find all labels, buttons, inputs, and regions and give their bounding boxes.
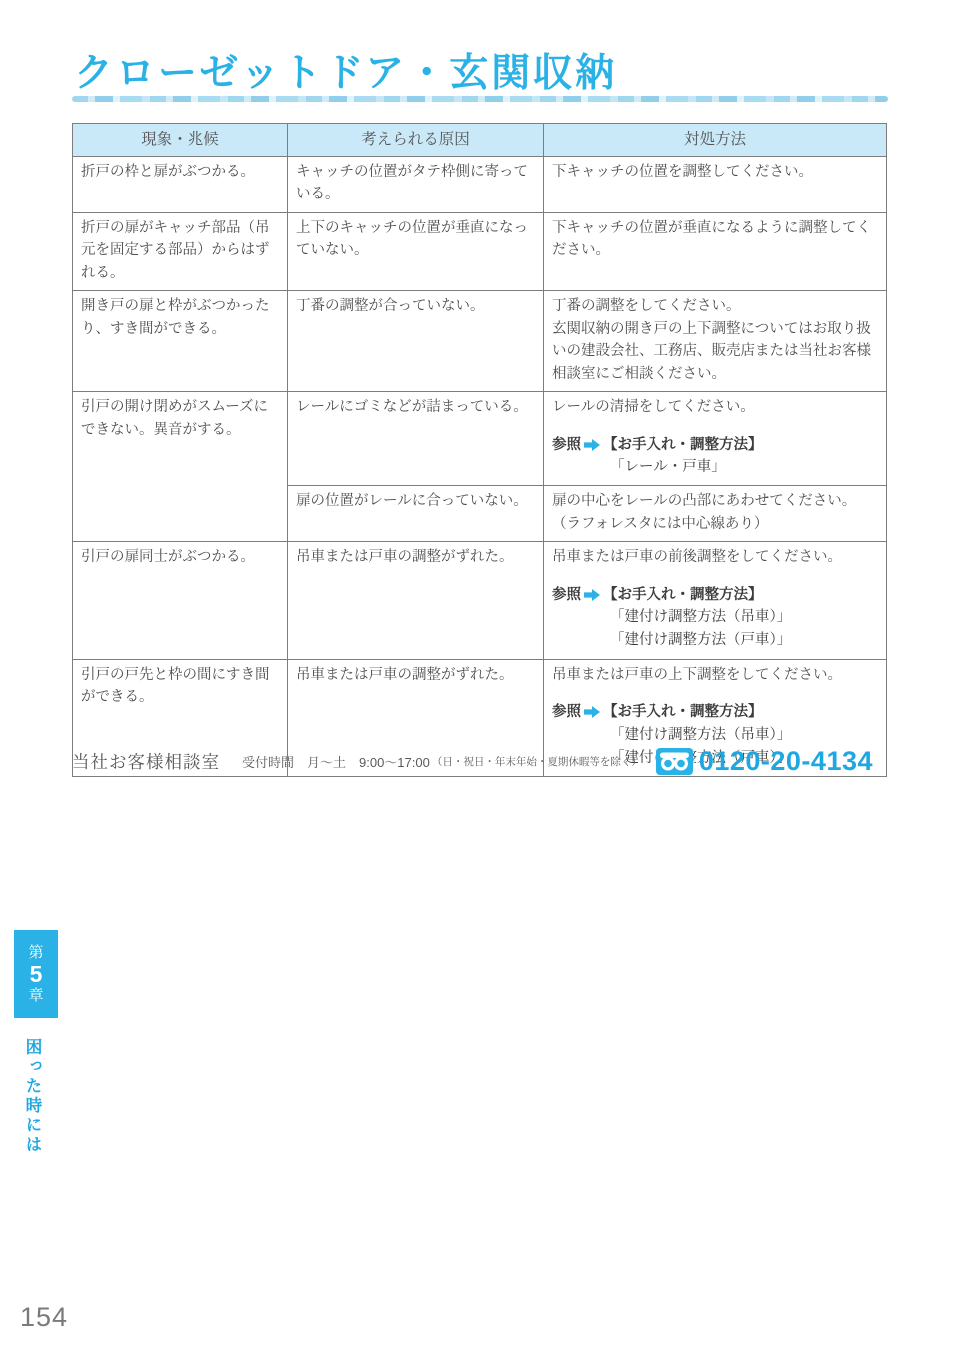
chapter-suffix: 章 [28, 987, 43, 1004]
reference-item: 「建付け調整方法（戸車）」 [610, 629, 878, 652]
reference-head: 参照 【お手入れ・調整方法】 [552, 701, 878, 723]
action-cell: 下キャッチの位置が垂直になるように調整してください。 [544, 212, 887, 290]
service-hours-note: （日・祝日・年末年始・夏期休暇等を除く） [432, 754, 642, 769]
reference-title: 【お手入れ・調整方法】 [603, 584, 763, 606]
manual-page: クローゼットドア・玄関収納 現象・兆候 考えられる原因 対処方法 折戸の枠と扉が… [0, 0, 960, 1358]
chapter-tab: 第 5 章 [14, 930, 58, 1018]
action-cell: 下キャッチの位置を調整してください。 [544, 157, 887, 213]
reference-label: 参照 [552, 434, 581, 456]
table-row: 折戸の扉がキャッチ部品（吊元を固定する部品）からはずれる。 上下のキャッチの位置… [73, 212, 887, 290]
table-row: 引戸の扉同士がぶつかる。 吊車または戸車の調整がずれた。 吊車または戸車の前後調… [73, 542, 887, 659]
reference-head: 参照 【お手入れ・調整方法】 [552, 584, 878, 606]
phone-number: 0120-20-4134 [699, 746, 873, 777]
symptom-cell: 引戸の開け閉めがスムーズにできない。異音がする。 [73, 392, 288, 542]
reference-head: 参照 【お手入れ・調整方法】 [552, 434, 878, 456]
action-text: レールの清掃をしてください。 [552, 396, 878, 418]
action-text: 吊車または戸車の前後調整をしてください。 [552, 546, 878, 568]
table-row: 折戸の枠と扉がぶつかる。 キャッチの位置がタテ枠側に寄っている。 下キャッチの位… [73, 157, 887, 213]
reference-item: 「建付け調整方法（吊車）」 [610, 724, 878, 747]
title-brush-underline [72, 96, 888, 102]
reference-note: 参照 【お手入れ・調整方法】 「建付け調整方法（吊車）」 「建付け調整方法（戸車… [552, 584, 878, 653]
table-row: 開き戸の扉と枠がぶつかったり、すき間ができる。 丁番の調整が合っていない。 丁番… [73, 291, 887, 392]
reference-arrow-icon [584, 589, 600, 601]
page-number: 154 [20, 1302, 68, 1333]
service-hours: 受付時間 月～土 9:00～17:00 [242, 752, 430, 771]
action-text: 吊車または戸車の上下調整をしてください。 [552, 664, 878, 686]
page-title: クローゼットドア・玄関収納 [74, 42, 617, 98]
reference-title: 【お手入れ・調整方法】 [603, 701, 763, 723]
reference-label: 参照 [552, 701, 581, 723]
action-cell: 扉の中心をレールの凸部にあわせてください。 （ラフォレスタには中心線あり） [544, 486, 887, 542]
reference-arrow-icon [584, 439, 600, 451]
phone-block: 0120-20-4134 [656, 746, 873, 777]
reference-note: 参照 【お手入れ・調整方法】 「レール・戸車」 [552, 434, 878, 480]
cause-cell: キャッチの位置がタテ枠側に寄っている。 [288, 157, 544, 213]
cause-cell: レールにゴミなどが詰まっている。 [288, 392, 544, 486]
troubleshooting-table: 現象・兆候 考えられる原因 対処方法 折戸の枠と扉がぶつかる。 キャッチの位置が… [72, 123, 887, 777]
reference-title: 【お手入れ・調整方法】 [603, 434, 763, 456]
header-cause: 考えられる原因 [288, 124, 544, 157]
reference-label: 参照 [552, 584, 581, 606]
customer-service-label: 当社お客様相談室 [72, 749, 220, 774]
symptom-cell: 折戸の扉がキャッチ部品（吊元を固定する部品）からはずれる。 [73, 212, 288, 290]
cause-cell: 扉の位置がレールに合っていない。 [288, 486, 544, 542]
freedial-phone-icon [656, 748, 693, 775]
symptom-cell: 開き戸の扉と枠がぶつかったり、すき間ができる。 [73, 291, 288, 392]
chapter-number: 5 [30, 961, 43, 987]
cause-cell: 吊車または戸車の調整がずれた。 [288, 542, 544, 659]
reference-item: 「レール・戸車」 [610, 456, 878, 479]
customer-service-line: 当社お客様相談室 受付時間 月～土 9:00～17:00 （日・祝日・年末年始・… [72, 746, 888, 777]
reference-item: 「建付け調整方法（吊車）」 [610, 606, 878, 629]
chapter-section-title: 困った時には [20, 1038, 44, 1155]
table-row: 引戸の開け閉めがスムーズにできない。異音がする。 レールにゴミなどが詰まっている… [73, 392, 887, 486]
cause-cell: 上下のキャッチの位置が垂直になっていない。 [288, 212, 544, 290]
action-cell: 吊車または戸車の前後調整をしてください。 参照 【お手入れ・調整方法】 「建付け… [544, 542, 887, 659]
header-action: 対処方法 [544, 124, 887, 157]
table-header-row: 現象・兆候 考えられる原因 対処方法 [73, 124, 887, 157]
cause-cell: 丁番の調整が合っていない。 [288, 291, 544, 392]
chapter-prefix: 第 [28, 944, 43, 961]
header-symptom: 現象・兆候 [73, 124, 288, 157]
action-cell: 丁番の調整をしてください。 玄関収納の開き戸の上下調整についてはお取り扱いの建設… [544, 291, 887, 392]
reference-arrow-icon [584, 706, 600, 718]
action-cell: レールの清掃をしてください。 参照 【お手入れ・調整方法】 「レール・戸車」 [544, 392, 887, 486]
symptom-cell: 折戸の枠と扉がぶつかる。 [73, 157, 288, 213]
symptom-cell: 引戸の扉同士がぶつかる。 [73, 542, 288, 659]
